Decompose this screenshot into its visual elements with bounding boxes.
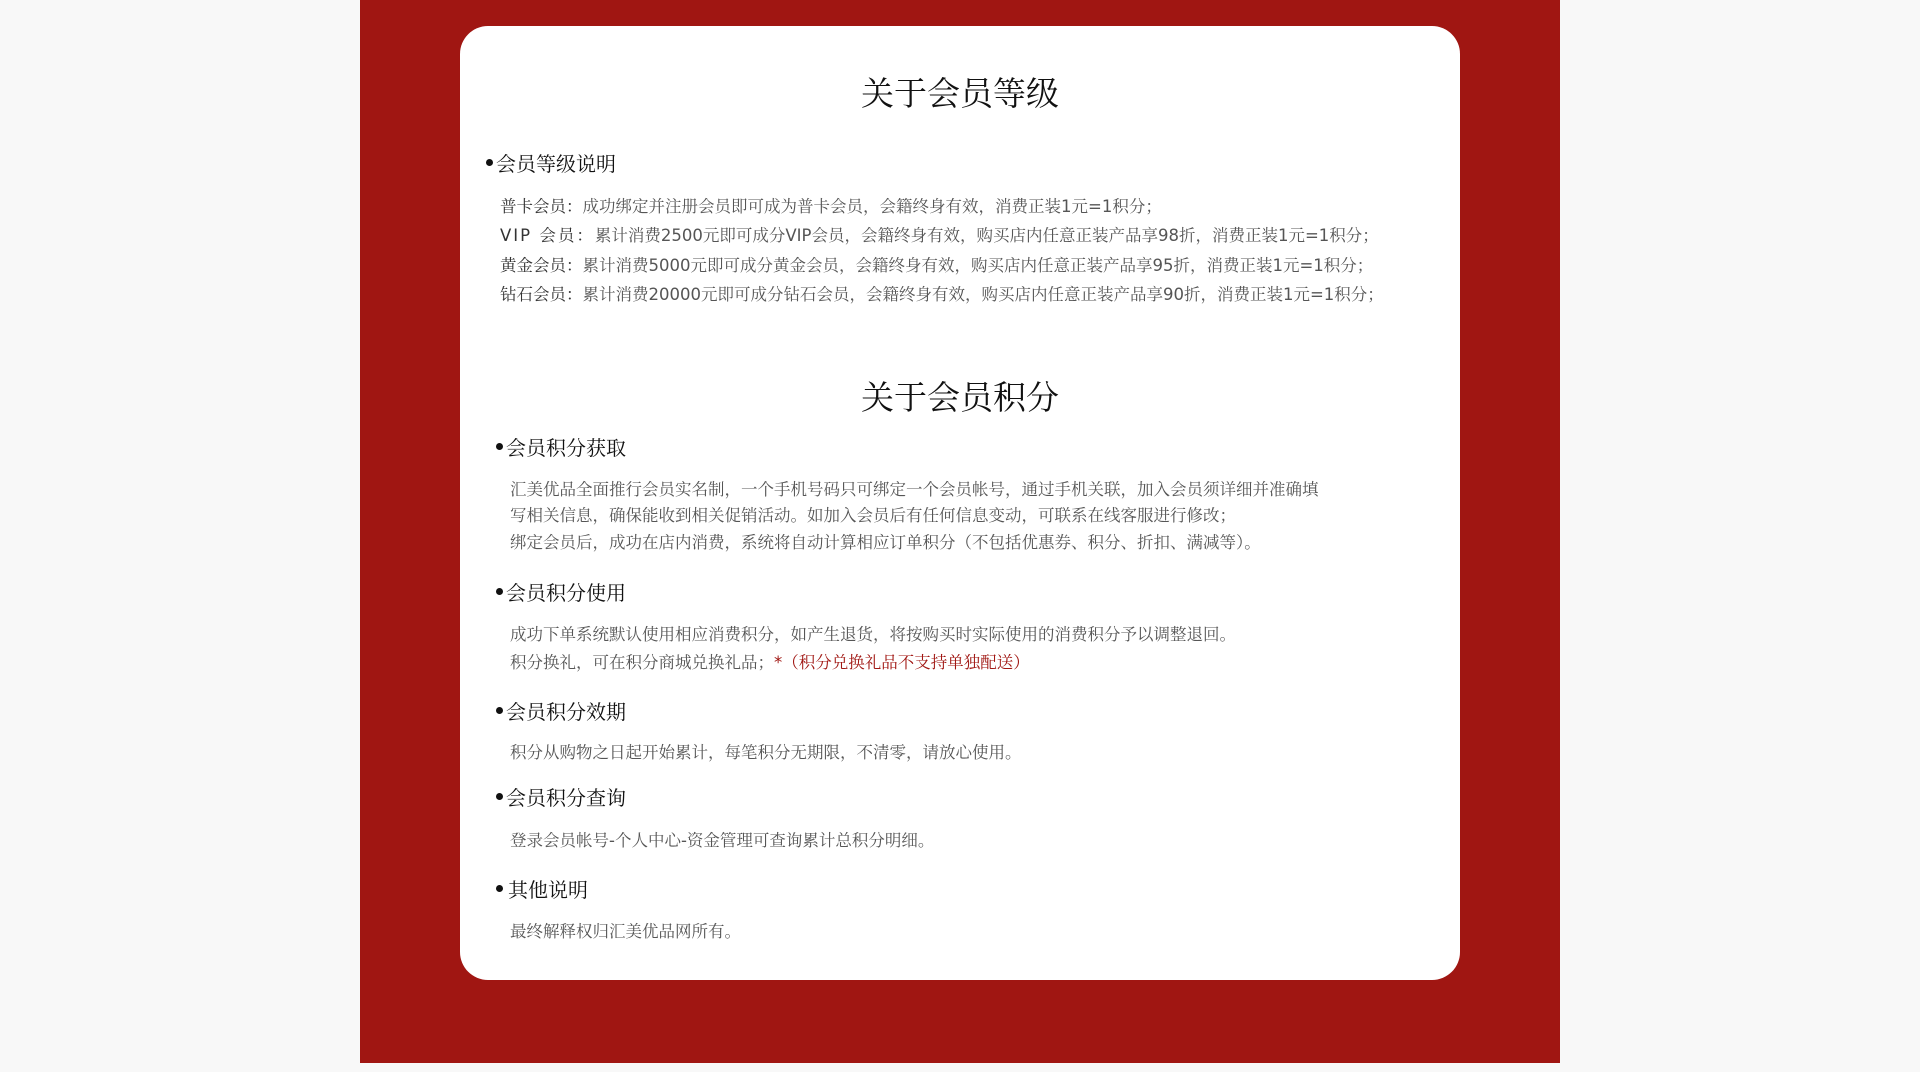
bullet-icon	[496, 793, 503, 800]
tier-row-standard: 普卡会员：成功绑定并注册会员即可成为普卡会员，会籍终身有效，消费正装1元=1积分…	[500, 193, 1162, 217]
points-validity-heading: 会员积分效期	[496, 696, 626, 725]
tier-text: 累计消费20000元即可成分钻石会员，会籍终身有效，购买店内任意正装产品享90折…	[583, 285, 1384, 304]
bullet-icon	[496, 588, 503, 595]
validity-line-1: 积分从购物之日起开始累计，每笔积分无期限，不清零，请放心使用。	[510, 739, 1022, 763]
acquire-line-2: 写相关信息，确保能收到相关促销活动。如加入会员后有任何信息变动，可联系在线客服进…	[510, 502, 1236, 526]
heading-text: 会员积分获取	[506, 432, 626, 461]
tier-row-vip: VIP 会员：累计消费2500元即可成分VIP会员，会籍终身有效，购买店内任意正…	[500, 222, 1379, 246]
levels-heading-text: 会员等级说明	[496, 148, 616, 177]
membership-info-card: 关于会员等级 会员等级说明 普卡会员：成功绑定并注册会员即可成为普卡会员，会籍终…	[460, 26, 1460, 980]
other-notes-heading: 其他说明	[496, 874, 588, 903]
bullet-icon	[496, 885, 503, 892]
heading-text: 其他说明	[508, 874, 588, 903]
acquire-line-3: 绑定会员后，成功在店内消费，系统将自动计算相应订单积分（不包括优惠券、积分、折扣…	[510, 529, 1261, 553]
heading-text: 会员积分查询	[506, 782, 626, 811]
tier-text: 累计消费5000元即可成分黄金会员，会籍终身有效，购买店内任意正装产品享95折，…	[583, 256, 1374, 275]
heading-text: 会员积分使用	[506, 577, 626, 606]
tier-label: 黄金会员：	[500, 256, 583, 275]
points-title: 关于会员积分	[460, 372, 1460, 419]
use-line-1: 成功下单系统默认使用相应消费积分，如产生退货，将按购买时实际使用的消费积分予以调…	[510, 621, 1236, 645]
acquire-line-1: 汇美优品全面推行会员实名制，一个手机号码只可绑定一个会员帐号，通过手机关联，加入…	[510, 476, 1319, 500]
levels-heading: 会员等级说明	[486, 148, 616, 177]
tier-row-gold: 黄金会员：累计消费5000元即可成分黄金会员，会籍终身有效，购买店内任意正装产品…	[500, 252, 1373, 276]
bullet-icon	[496, 443, 503, 450]
use-line-2-text: 积分换礼，可在积分商城兑换礼品；	[510, 653, 774, 672]
tier-label: VIP 会员：	[500, 226, 595, 245]
tier-text: 累计消费2500元即可成分VIP会员，会籍终身有效，购买店内任意正装产品享98折…	[595, 226, 1379, 245]
tier-label: 普卡会员：	[500, 197, 583, 216]
gift-delivery-note: *（积分兑换礼品不支持单独配送）	[774, 653, 1030, 672]
points-use-heading: 会员积分使用	[496, 577, 626, 606]
bullet-icon	[496, 707, 503, 714]
other-line-1: 最终解释权归汇美优品网所有。	[510, 918, 741, 942]
bullet-icon	[486, 159, 493, 166]
tier-label: 钻石会员：	[500, 285, 583, 304]
levels-title: 关于会员等级	[460, 68, 1460, 115]
query-line-1: 登录会员帐号-个人中心-资金管理可查询累计总积分明细。	[510, 827, 934, 851]
heading-text: 会员积分效期	[506, 696, 626, 725]
tier-text: 成功绑定并注册会员即可成为普卡会员，会籍终身有效，消费正装1元=1积分；	[583, 197, 1162, 216]
tier-row-diamond: 钻石会员：累计消费20000元即可成分钻石会员，会籍终身有效，购买店内任意正装产…	[500, 281, 1384, 305]
points-query-heading: 会员积分查询	[496, 782, 626, 811]
points-acquire-heading: 会员积分获取	[496, 432, 626, 461]
use-line-2: 积分换礼，可在积分商城兑换礼品；*（积分兑换礼品不支持单独配送）	[510, 649, 1030, 673]
